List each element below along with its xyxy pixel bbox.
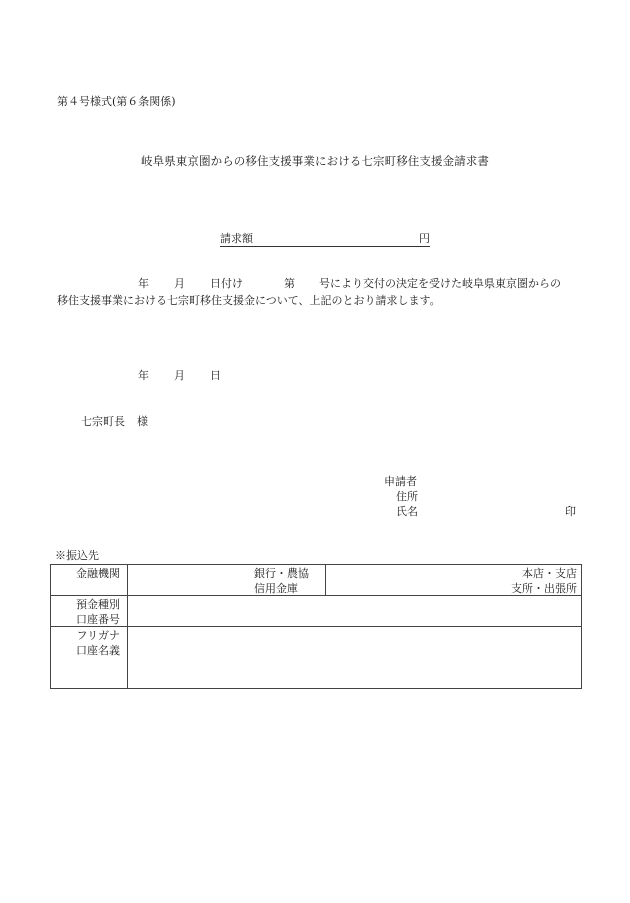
table-row-account-number: 預金種別 口座番号 xyxy=(51,596,581,627)
addressee-honorific: 様 xyxy=(137,415,148,428)
bank-type-options: 銀行・農協 信用金庫 xyxy=(254,566,309,596)
bank-type-line1: 銀行・農協 xyxy=(254,566,309,581)
table-header-cell: 預金種別 口座番号 xyxy=(51,596,128,626)
date-year-label: 年 xyxy=(138,370,149,381)
decision-year-label: 年 xyxy=(138,278,149,289)
body-paragraph-line1: 年 月 日付け 第 号により交付の決定を受けた岐阜県東京圏からの xyxy=(57,278,587,292)
seal-mark: 印 xyxy=(565,506,576,517)
account-type-number-label: 預金種別 口座番号 xyxy=(51,597,120,627)
addressee-name: 七宗町長 xyxy=(81,415,125,428)
branch-type-line1: 本店・支店 xyxy=(511,566,577,581)
decision-month-label: 月 xyxy=(174,278,185,289)
account-holder-field[interactable] xyxy=(128,627,581,689)
document-title: 岐阜県東京圏からの移住支援事業における七宗町移住支援金請求書 xyxy=(141,156,489,168)
form-number: 第４号様式(第６条関係) xyxy=(57,96,176,107)
claim-amount-label: 請求額 xyxy=(220,233,253,244)
date-day-label: 日 xyxy=(210,370,221,381)
decision-day-label: 日付け xyxy=(210,278,243,289)
financial-institution-label: 金融機関 xyxy=(51,566,120,581)
branch-type-line2: 支所・出張所 xyxy=(511,581,577,596)
body-text-line1: 号により交付の決定を受けた岐阜県東京圏からの xyxy=(319,278,561,289)
branch-name-field[interactable]: 本店・支店 支所・出張所 xyxy=(326,565,581,595)
applicant-label: 申請者 xyxy=(384,476,417,487)
request-date: 年 月 日 xyxy=(57,370,257,384)
yen-unit: 円 xyxy=(419,233,430,244)
date-month-label: 月 xyxy=(174,370,185,381)
name-label: 氏名 xyxy=(396,506,418,517)
bank-name-field[interactable]: 銀行・農協 信用金庫 xyxy=(128,565,326,595)
table-header-cell: フリガナ 口座名義 xyxy=(51,627,128,689)
address-label: 住所 xyxy=(396,491,418,502)
account-holder-label: フリガナ 口座名義 xyxy=(51,628,120,658)
bank-transfer-table: 金融機関 銀行・農協 信用金庫 本店・支店 支所・出張所 預金種別 口座番号 xyxy=(50,564,582,689)
addressee: 七宗町長様 xyxy=(81,416,160,427)
account-number-field[interactable] xyxy=(128,596,581,626)
table-row-financial-institution: 金融機関 銀行・農協 信用金庫 本店・支店 支所・出張所 xyxy=(51,565,581,596)
transfer-destination-heading: ※振込先 xyxy=(55,550,99,561)
branch-type-options: 本店・支店 支所・出張所 xyxy=(511,566,577,596)
bank-type-line2: 信用金庫 xyxy=(254,581,309,596)
claim-amount-field[interactable]: 請求額 円 xyxy=(220,233,430,247)
body-paragraph-line2: 移住支援事業における七宗町移住支援金について、上記のとおり請求します。 xyxy=(57,295,441,306)
table-row-account-holder: フリガナ 口座名義 xyxy=(51,627,581,689)
table-header-cell: 金融機関 xyxy=(51,565,128,595)
decision-number-prefix: 第 xyxy=(284,278,295,289)
